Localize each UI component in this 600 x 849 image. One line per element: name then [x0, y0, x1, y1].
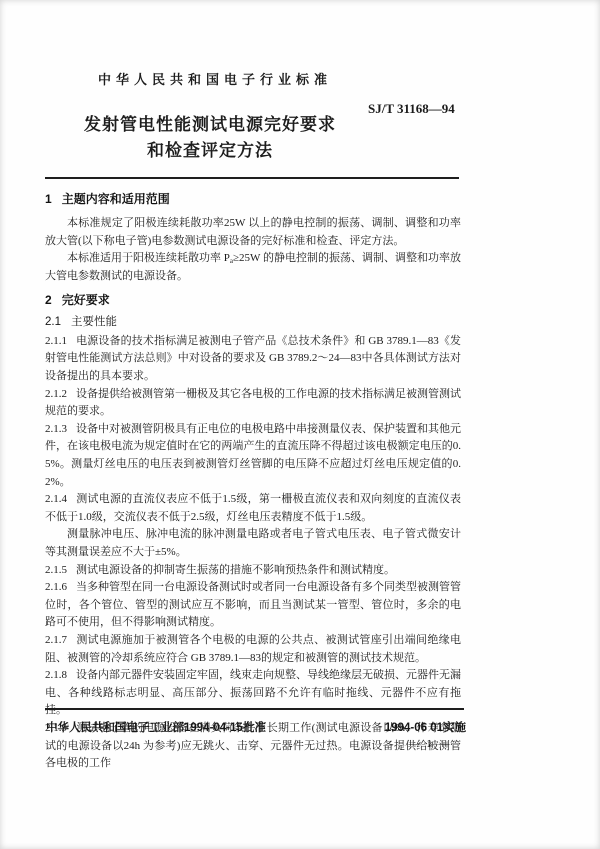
- section-2-1-number: 2.1: [45, 316, 61, 328]
- item-number: 2.1.6: [45, 581, 67, 593]
- doc-title-line1: 发射管电性能测试电源完好要求: [60, 110, 360, 135]
- header-rule: [45, 177, 459, 179]
- page-number: — 1 —: [398, 738, 462, 750]
- section-2-heading: 2完好要求: [45, 293, 461, 307]
- item-text: 电源设备的技术指标满足被测电子管产品《总技术条件》和 GB 3789.1—83《…: [45, 335, 461, 382]
- section-2-1-title: 主要性能: [71, 316, 117, 328]
- item-2-1-7: 2.1.7测试电源施加于被测管各个电极的电源的公共点、被测试管座引出端间绝缘电阻…: [45, 632, 461, 667]
- item-2-1-2: 2.1.2设备提供给被测管第一栅极及其它各电极的工作电源的技术指标满足被测管测试…: [45, 386, 461, 421]
- item-2-1-3: 2.1.3设备中对被测管阴极具有正电位的电极电路中串接测量仪表、保护装置和其他元…: [45, 421, 461, 491]
- item-2-1-4: 2.1.4测试电源的直流仪表应不低于1.5级，第一栅极直流仪表和双向刻度的直流仪…: [45, 491, 461, 526]
- section-1-number: 1: [45, 192, 52, 206]
- item-2-1-8: 2.1.8设备内部元器件安装固定牢固，线束走向规整、导线绝缘层无破损、元器件无漏…: [45, 667, 461, 720]
- para-2-text-before: 本标准适用于阳极连续耗散功率 P: [67, 252, 230, 264]
- footer-rule: [45, 708, 464, 710]
- item-number: 2.1.4: [45, 493, 67, 505]
- item-number: 2.1.5: [45, 564, 67, 576]
- item-number: 2.1.8: [45, 669, 67, 681]
- item-text: 设备中对被测管阴极具有正电位的电极电路中串接测量仪表、保护装置和其他元件，在该电…: [45, 423, 461, 488]
- doc-number: SJ/T 31168—94: [368, 101, 455, 117]
- item-text: 测试电源的直流仪表应不低于1.5级，第一栅极直流仪表和双向刻度的直流仪表不低于1…: [45, 493, 461, 523]
- item-text: 当多种管型在同一台电源设备测试时或者同一台电源设备有多个同类型被测管管位时，各个…: [45, 581, 461, 628]
- section-1-para-1: 本标准规定了阳极连续耗散功率25W 以上的静电控制的振荡、调制、调整和功率放大管…: [45, 215, 461, 250]
- item-number: 2.1.2: [45, 388, 67, 400]
- item-number: 2.1.7: [45, 634, 67, 646]
- doc-title-line2: 和检查评定方法: [60, 136, 360, 161]
- standard-name: 中华人民共和国电子行业标准: [60, 69, 365, 88]
- document-page: 中华人民共和国电子行业标准 SJ/T 31168—94 发射管电性能测试电源完好…: [0, 0, 600, 849]
- item-number: 2.1.1: [45, 335, 67, 347]
- section-1-para-2: 本标准适用于阳极连续耗散功率 Pa≥25W 的静电控制的振荡、调制、调整和功率放…: [45, 250, 461, 285]
- pulse-measurement-para: 测量脉冲电压、脉冲电流的脉冲测量电路或者电子管式电压表、电子管式微安计等其测量误…: [45, 526, 461, 561]
- item-2-1-6: 2.1.6当多种管型在同一台电源设备测试时或者同一台电源设备有多个同类型被测管管…: [45, 579, 461, 632]
- section-2-title: 完好要求: [62, 293, 110, 307]
- section-1-heading: 1主题内容和适用范围: [45, 192, 461, 206]
- effective-date: 1994-06 01实施: [385, 719, 466, 735]
- approval-note: 中华人民共和国电子工业部1994-04-15批准: [46, 719, 266, 735]
- item-number: 2.1.3: [45, 423, 67, 435]
- item-2-1-5: 2.1.5测试电源设备的抑制寄生振荡的措施不影响预热条件和测试精度。: [45, 562, 461, 580]
- item-text: 测试电源设备的抑制寄生振荡的措施不影响预热条件和测试精度。: [76, 564, 395, 576]
- section-1-title: 主题内容和适用范围: [62, 192, 170, 206]
- item-text: 设备提供给被测管第一栅极及其它各电极的工作电源的技术指标满足被测管测试规范的要求…: [45, 388, 461, 418]
- section-2-1-heading: 2.1主要性能: [45, 315, 461, 329]
- item-text: 测试电源施加于被测管各个电极的电源的公共点、被测试管座引出端间绝缘电阻、被测管的…: [45, 634, 461, 664]
- document-body: 1主题内容和适用范围 本标准规定了阳极连续耗散功率25W 以上的静电控制的振荡、…: [45, 188, 461, 773]
- item-2-1-1: 2.1.1电源设备的技术指标满足被测电子管产品《总技术条件》和 GB 3789.…: [45, 333, 461, 386]
- section-2-number: 2: [45, 293, 52, 307]
